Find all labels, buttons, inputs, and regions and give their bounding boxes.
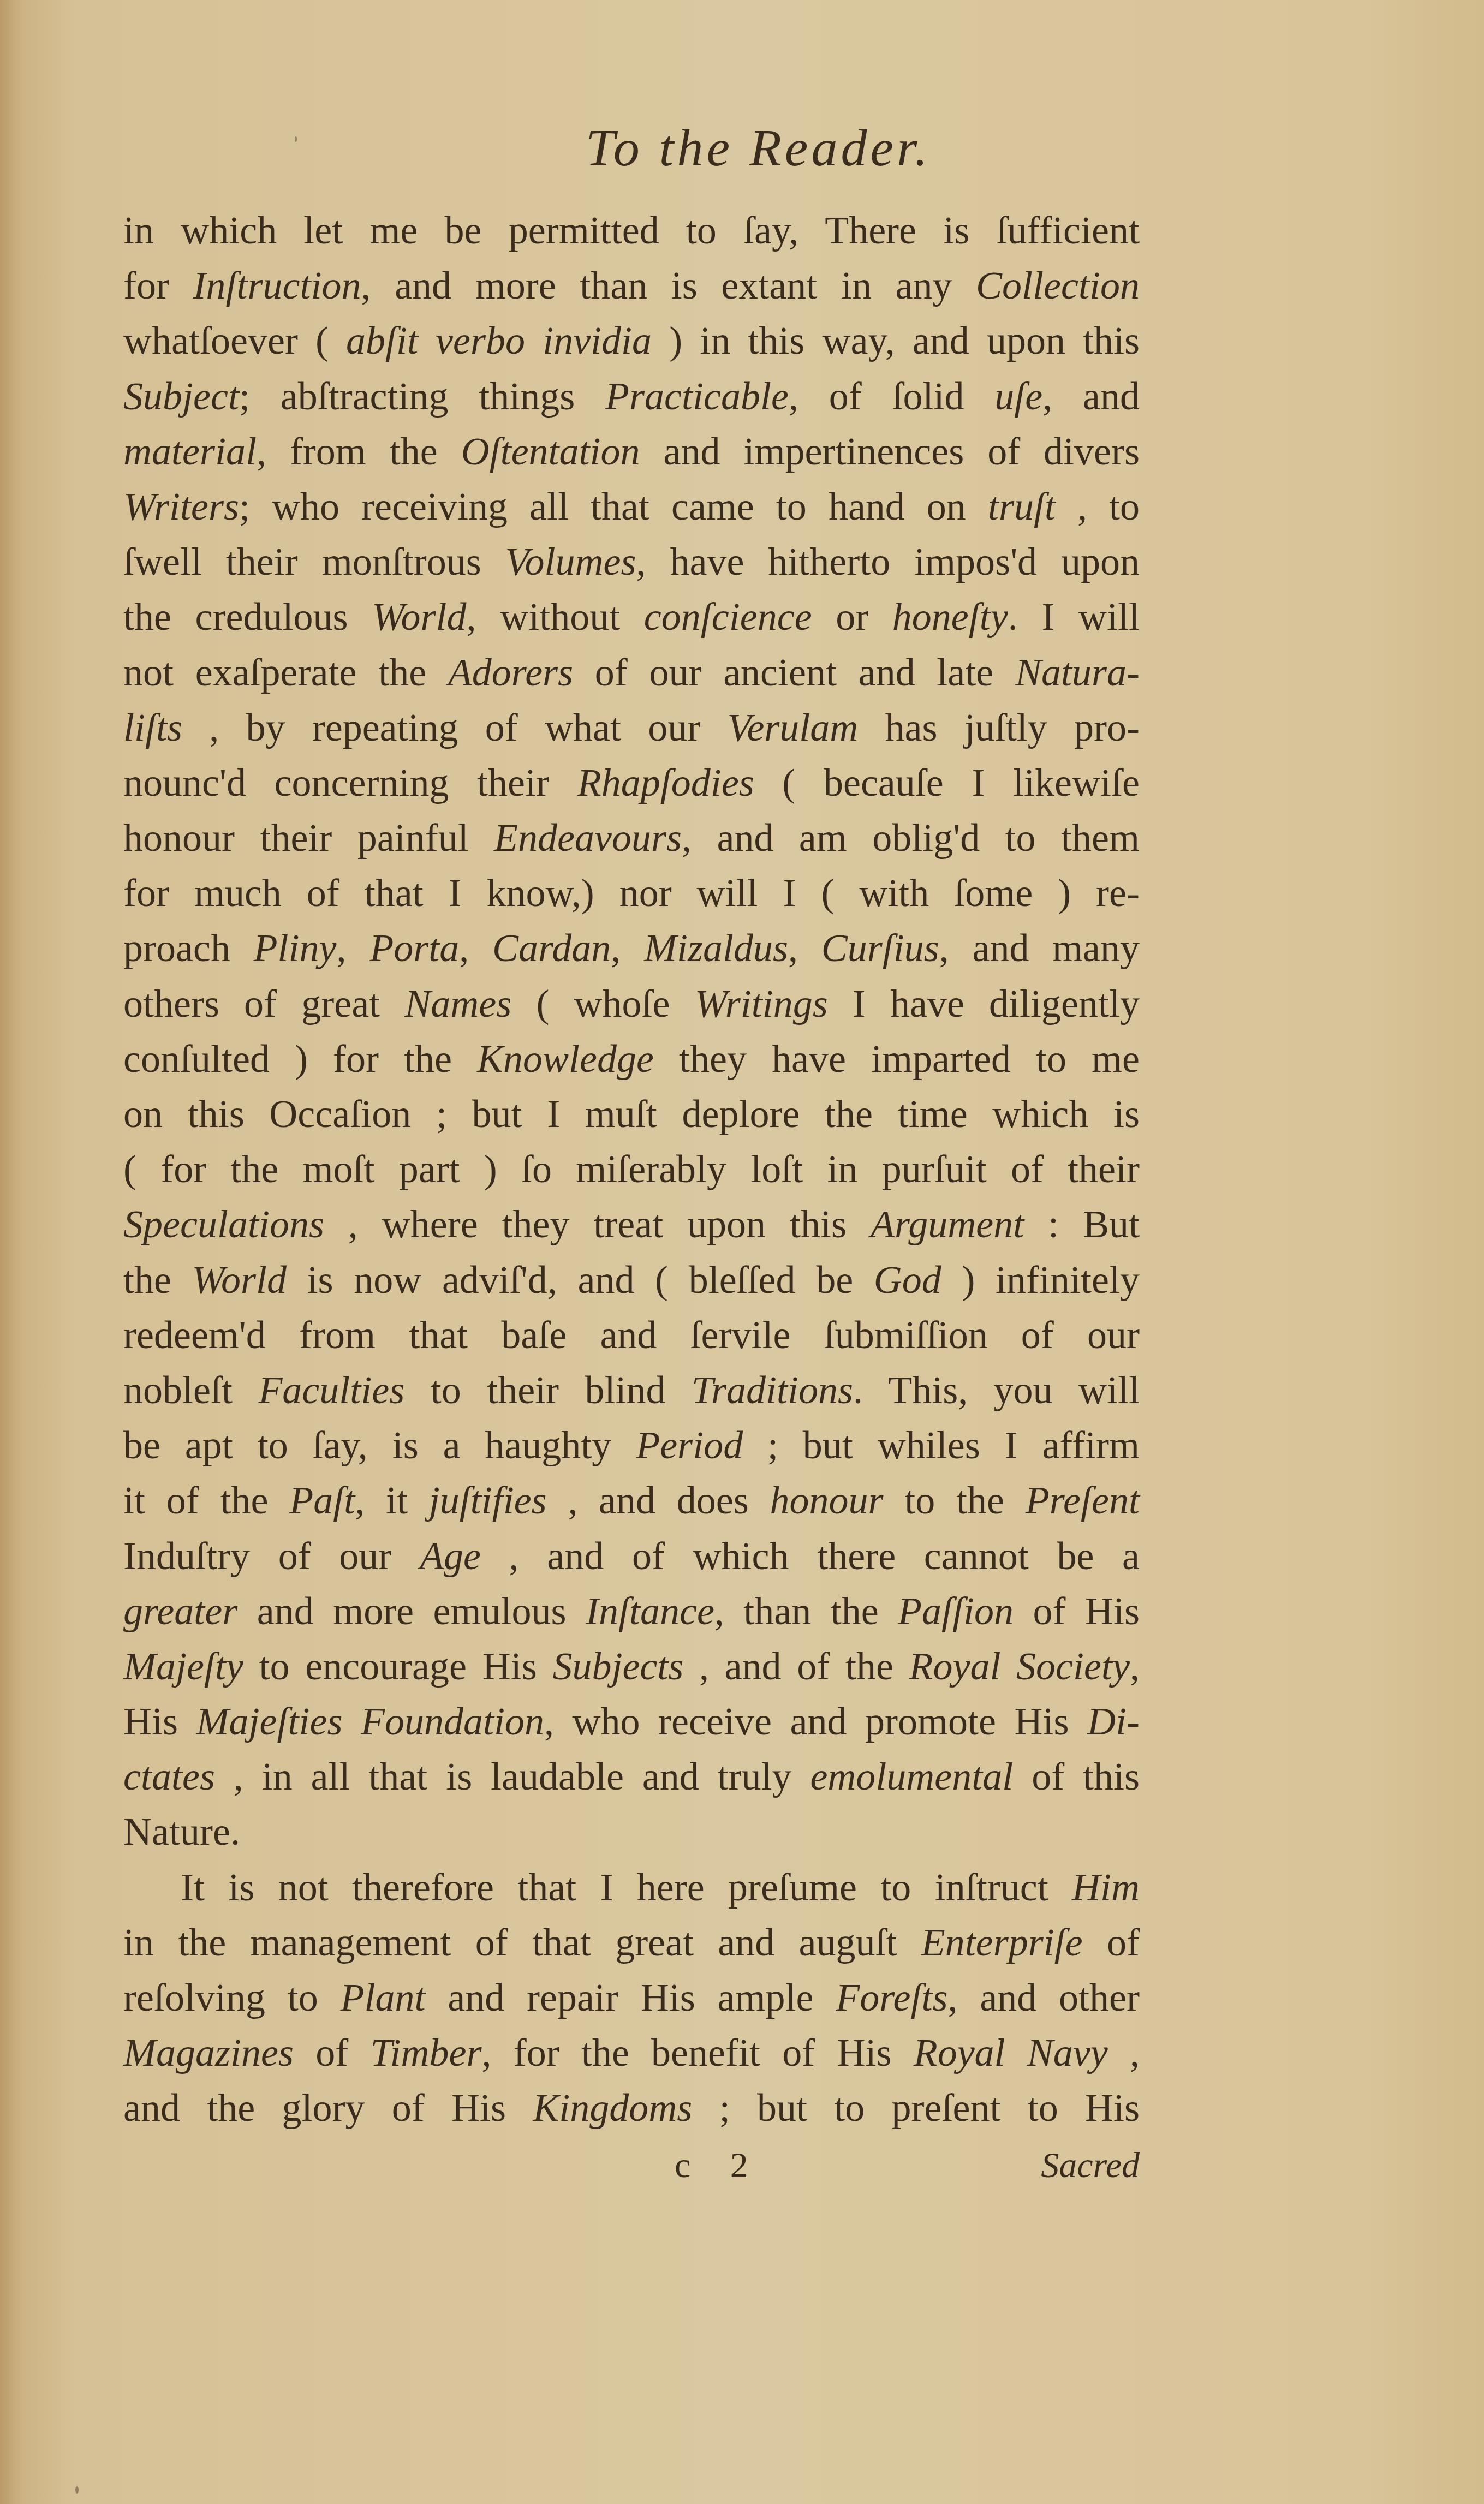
italic-run: Royal Society — [909, 1644, 1130, 1688]
italic-run: truſt — [988, 485, 1056, 528]
roman-run: nobleſt — [123, 1368, 258, 1412]
italic-run: Period — [636, 1423, 743, 1467]
body-text: in which let me be permitted to ſay, The… — [123, 203, 1140, 2136]
roman-run: , from the — [257, 430, 461, 473]
italic-run: Practicable — [605, 374, 789, 418]
roman-run: to the — [884, 1478, 1026, 1522]
italic-run: Plant — [341, 1976, 426, 2019]
text-line: not exaſperate the Adorers of our ancien… — [123, 645, 1140, 700]
roman-run: the — [123, 1258, 192, 1302]
roman-run: , — [1108, 2031, 1140, 2074]
text-line: nobleſt Faculties to their blind Traditi… — [123, 1363, 1140, 1418]
italic-run: Names — [404, 982, 511, 1026]
italic-run: greater — [123, 1589, 237, 1633]
italic-run: material — [123, 430, 257, 473]
roman-run: of our ancient and late — [573, 651, 1015, 694]
roman-run: . I will — [1008, 595, 1140, 639]
italic-run: Timber — [370, 2031, 481, 2074]
text-line: honour their painful Endeavours, and am … — [123, 810, 1140, 866]
italic-run: Oſtentation — [461, 430, 640, 473]
roman-run: , — [788, 926, 821, 970]
italic-run: Natura- — [1015, 651, 1140, 694]
roman-run: ( for the moſt part ) ſo miſerably loſt … — [123, 1147, 1140, 1191]
text-line: Nature. — [123, 1804, 1140, 1859]
roman-run: . This, you will — [853, 1368, 1140, 1412]
roman-run: , for the benefit of His — [481, 2031, 913, 2074]
italic-run: Magazines — [123, 2031, 294, 2074]
italic-run: honour — [770, 1478, 884, 1522]
book-page: To the Reader. in which let me be permit… — [0, 0, 1484, 2504]
roman-run: proach — [123, 926, 254, 970]
roman-run: for — [123, 264, 193, 307]
roman-run: ) in this way, and upon this — [652, 319, 1140, 362]
text-line: nounc'd concerning their Rhapſodies ( be… — [123, 755, 1140, 810]
italic-run: Paſſion — [898, 1589, 1014, 1633]
text-line: for Inſtruction, and more than is extant… — [123, 258, 1140, 313]
italic-run: Paſt — [289, 1478, 355, 1522]
roman-run: of His — [1014, 1589, 1140, 1633]
italic-run: Him — [1072, 1865, 1140, 1909]
roman-run: , — [459, 926, 492, 970]
running-head: To the Reader. — [0, 117, 1484, 178]
text-line: be apt to ſay, is a haughty Period ; but… — [123, 1418, 1140, 1473]
roman-run: , without — [467, 595, 644, 639]
roman-run: the credulous — [123, 595, 372, 639]
roman-run: and repair His ample — [426, 1976, 836, 2019]
page-footer: c 2 Sacred — [123, 2145, 1140, 2199]
text-line: Majeſty to encourage His Subjects , and … — [123, 1639, 1140, 1694]
text-line: His Majeſties Foundation, who receive an… — [123, 1694, 1140, 1749]
text-line: Subject; abſtracting things Practicable,… — [123, 369, 1140, 424]
text-line: conſulted ) for the Knowledge they have … — [123, 1032, 1140, 1087]
roman-run: redeem'd from that baſe and ſervile ſubm… — [123, 1313, 1140, 1357]
roman-run: it of the — [123, 1478, 289, 1522]
roman-run: , and of which there cannot be a — [481, 1534, 1140, 1578]
roman-run: ( becauſe I likewiſe — [754, 761, 1140, 804]
italic-run: Preſent — [1026, 1478, 1140, 1522]
roman-run: , and more than is extant in any — [361, 264, 976, 307]
roman-run: nounc'd concerning their — [123, 761, 577, 804]
italic-run: Royal Navy — [914, 2031, 1108, 2074]
text-line: ſwell their monſtrous Volumes, have hith… — [123, 534, 1140, 589]
roman-run: ; but to preſent to His — [692, 2086, 1140, 2130]
italic-run: Mizaldus — [644, 926, 788, 970]
roman-run: not exaſperate the — [123, 651, 448, 694]
roman-run: reſolving to — [123, 1976, 341, 2019]
roman-run: , than the — [714, 1589, 898, 1633]
text-line: in which let me be permitted to ſay, The… — [123, 203, 1140, 258]
roman-run: is now adviſ'd, and ( bleſſed be — [287, 1258, 874, 1302]
text-line: greater and more emulous Inſtance, than … — [123, 1584, 1140, 1639]
text-line: on this Occaſion ; but I muſt deplore th… — [123, 1087, 1140, 1142]
italic-run: emolumental — [810, 1755, 1013, 1798]
italic-run: abſit verbo invidia — [346, 319, 652, 362]
roman-run: has juſtly pro- — [858, 706, 1140, 749]
italic-run: conſcience — [644, 595, 812, 639]
roman-run: , — [337, 926, 370, 970]
roman-run: I have diligently — [828, 982, 1140, 1026]
italic-run: Cardan — [492, 926, 611, 970]
italic-run: Faculties — [258, 1368, 404, 1412]
roman-run: or — [812, 595, 892, 639]
roman-run: , where they treat upon this — [324, 1202, 871, 1246]
italic-run: uſe — [994, 374, 1042, 418]
roman-run: they have imparted to me — [654, 1037, 1140, 1081]
text-line: Magazines of Timber, for the benefit of … — [123, 2025, 1140, 2080]
text-line: the credulous World, without conſcience … — [123, 589, 1140, 645]
roman-run: : But — [1024, 1202, 1140, 1246]
text-line: whatſoever ( abſit verbo invidia ) in th… — [123, 313, 1140, 368]
italic-run: Writers — [123, 485, 239, 528]
roman-run: and the glory of His — [123, 2086, 533, 2130]
italic-run: Endeavours — [494, 816, 682, 860]
italic-run: Knowledge — [477, 1037, 654, 1081]
roman-run: His — [123, 1700, 196, 1743]
roman-run: of — [1083, 1921, 1140, 1964]
roman-run: , and does — [547, 1478, 770, 1522]
italic-run: Curſius — [821, 926, 939, 970]
italic-run: World — [372, 595, 466, 639]
italic-run: Speculations — [123, 1202, 324, 1246]
text-line: Writers; who receiving all that came to … — [123, 479, 1140, 534]
text-line: and the glory of His Kingdoms ; but to p… — [123, 2080, 1140, 2136]
text-line: the World is now adviſ'd, and ( bleſſed … — [123, 1253, 1140, 1308]
roman-run: ; who receiving all that came to hand on — [239, 485, 988, 528]
italic-run: Argument — [871, 1202, 1024, 1246]
roman-run: ( whoſe — [511, 982, 694, 1026]
italic-run: liſts — [123, 706, 182, 749]
roman-run: honour their painful — [123, 816, 494, 860]
italic-run: Pliny — [254, 926, 337, 970]
italic-run: Inſtruction — [193, 264, 361, 307]
roman-run: , to — [1056, 485, 1140, 528]
roman-run: Nature. — [123, 1810, 240, 1853]
italic-run: Adorers — [448, 651, 573, 694]
italic-run: juſtifies — [429, 1478, 547, 1522]
italic-run: Foreſts — [836, 1976, 947, 2019]
roman-run: , who receive and promote His — [544, 1700, 1087, 1743]
text-line: It is not therefore that I here preſume … — [123, 1860, 1140, 1915]
roman-run: ſwell their monſtrous — [123, 540, 505, 583]
italic-run: Di- — [1087, 1700, 1140, 1743]
text-line: reſolving to Plant and repair His ample … — [123, 1970, 1140, 2025]
italic-run: Enterpriſe — [921, 1921, 1083, 1964]
roman-run: , and many — [939, 926, 1140, 970]
italic-run: Age — [420, 1534, 481, 1578]
roman-run: ; but whiles I affirm — [743, 1423, 1140, 1467]
text-line: liſts , by repeating of what our Verulam… — [123, 700, 1140, 755]
paper-speck — [75, 2486, 79, 2494]
italic-run: Kingdoms — [533, 2086, 692, 2130]
italic-run: World — [192, 1258, 287, 1302]
catchword: Sacred — [1041, 2145, 1140, 2186]
roman-run: , in all that is laudable and truly — [215, 1755, 810, 1798]
text-line: Induſtry of our Age , and of which there… — [123, 1529, 1140, 1584]
text-line: others of great Names ( whoſe Writings I… — [123, 976, 1140, 1032]
italic-run: Volumes — [505, 540, 636, 583]
roman-run: , and of the — [683, 1644, 909, 1688]
roman-run: , and — [1042, 374, 1140, 418]
roman-run: on this Occaſion ; but I muſt deplore th… — [123, 1092, 1140, 1136]
italic-run: Inſtance — [586, 1589, 714, 1633]
signature-mark: c 2 — [675, 2145, 764, 2186]
roman-run: , have hitherto impos'd upon — [636, 540, 1140, 583]
italic-run: Writings — [695, 982, 828, 1026]
roman-run: for much of that I know,) nor will I ( w… — [123, 871, 1140, 915]
text-line: material, from the Oſtentation and imper… — [123, 424, 1140, 479]
text-line: Speculations , where they treat upon thi… — [123, 1197, 1140, 1252]
italic-run: Verulam — [727, 706, 858, 749]
text-line: it of the Paſt, it juſtifies , and does … — [123, 1473, 1140, 1528]
roman-run: , and am oblig'd to them — [682, 816, 1140, 860]
italic-run: honeſty — [892, 595, 1008, 639]
text-line: in the management of that great and augu… — [123, 1915, 1140, 1970]
italic-run: Majeſties Foundation — [196, 1700, 544, 1743]
paper-speck — [295, 136, 297, 142]
roman-run: , — [1130, 1644, 1140, 1688]
text-line: ( for the moſt part ) ſo miſerably loſt … — [123, 1142, 1140, 1197]
roman-run: , of ſolid — [789, 374, 994, 418]
italic-run: Rhapſodies — [577, 761, 754, 804]
roman-run: Induſtry of our — [123, 1534, 420, 1578]
italic-run: ctates — [123, 1755, 215, 1798]
italic-run: Traditions — [692, 1368, 853, 1412]
roman-run: others of great — [123, 982, 404, 1026]
roman-run: and impertinences of divers — [640, 430, 1140, 473]
italic-run: Subject — [123, 374, 239, 418]
roman-run: , by repeating of what our — [182, 706, 727, 749]
roman-run: to encourage His — [243, 1644, 552, 1688]
roman-run: of this — [1013, 1755, 1140, 1798]
italic-run: God — [874, 1258, 941, 1302]
roman-run: It is not therefore that I here preſume … — [181, 1865, 1072, 1909]
roman-run: , it — [355, 1478, 428, 1522]
roman-run: to their blind — [404, 1368, 692, 1412]
italic-run: Collection — [976, 264, 1140, 307]
roman-run: , and other — [948, 1976, 1140, 2019]
roman-run: ) infinitely — [941, 1258, 1140, 1302]
roman-run: whatſoever ( — [123, 319, 346, 362]
text-line: proach Pliny, Porta, Cardan, Mizaldus, C… — [123, 921, 1140, 976]
text-line: for much of that I know,) nor will I ( w… — [123, 866, 1140, 921]
roman-run: and more emulous — [237, 1589, 586, 1633]
roman-run: ; abſtracting things — [239, 374, 605, 418]
text-line: redeem'd from that baſe and ſervile ſubm… — [123, 1308, 1140, 1363]
roman-run: be apt to ſay, is a haughty — [123, 1423, 636, 1467]
italic-run: Subjects — [552, 1644, 683, 1688]
roman-run: conſulted ) for the — [123, 1037, 477, 1081]
roman-run: in which let me be permitted to ſay, The… — [123, 208, 1140, 252]
roman-run: , — [611, 926, 644, 970]
text-line: ctates , in all that is laudable and tru… — [123, 1749, 1140, 1804]
italic-run: Majeſty — [123, 1644, 243, 1688]
italic-run: Porta — [369, 926, 459, 970]
roman-run: in the management of that great and augu… — [123, 1921, 921, 1964]
roman-run: of — [294, 2031, 370, 2074]
